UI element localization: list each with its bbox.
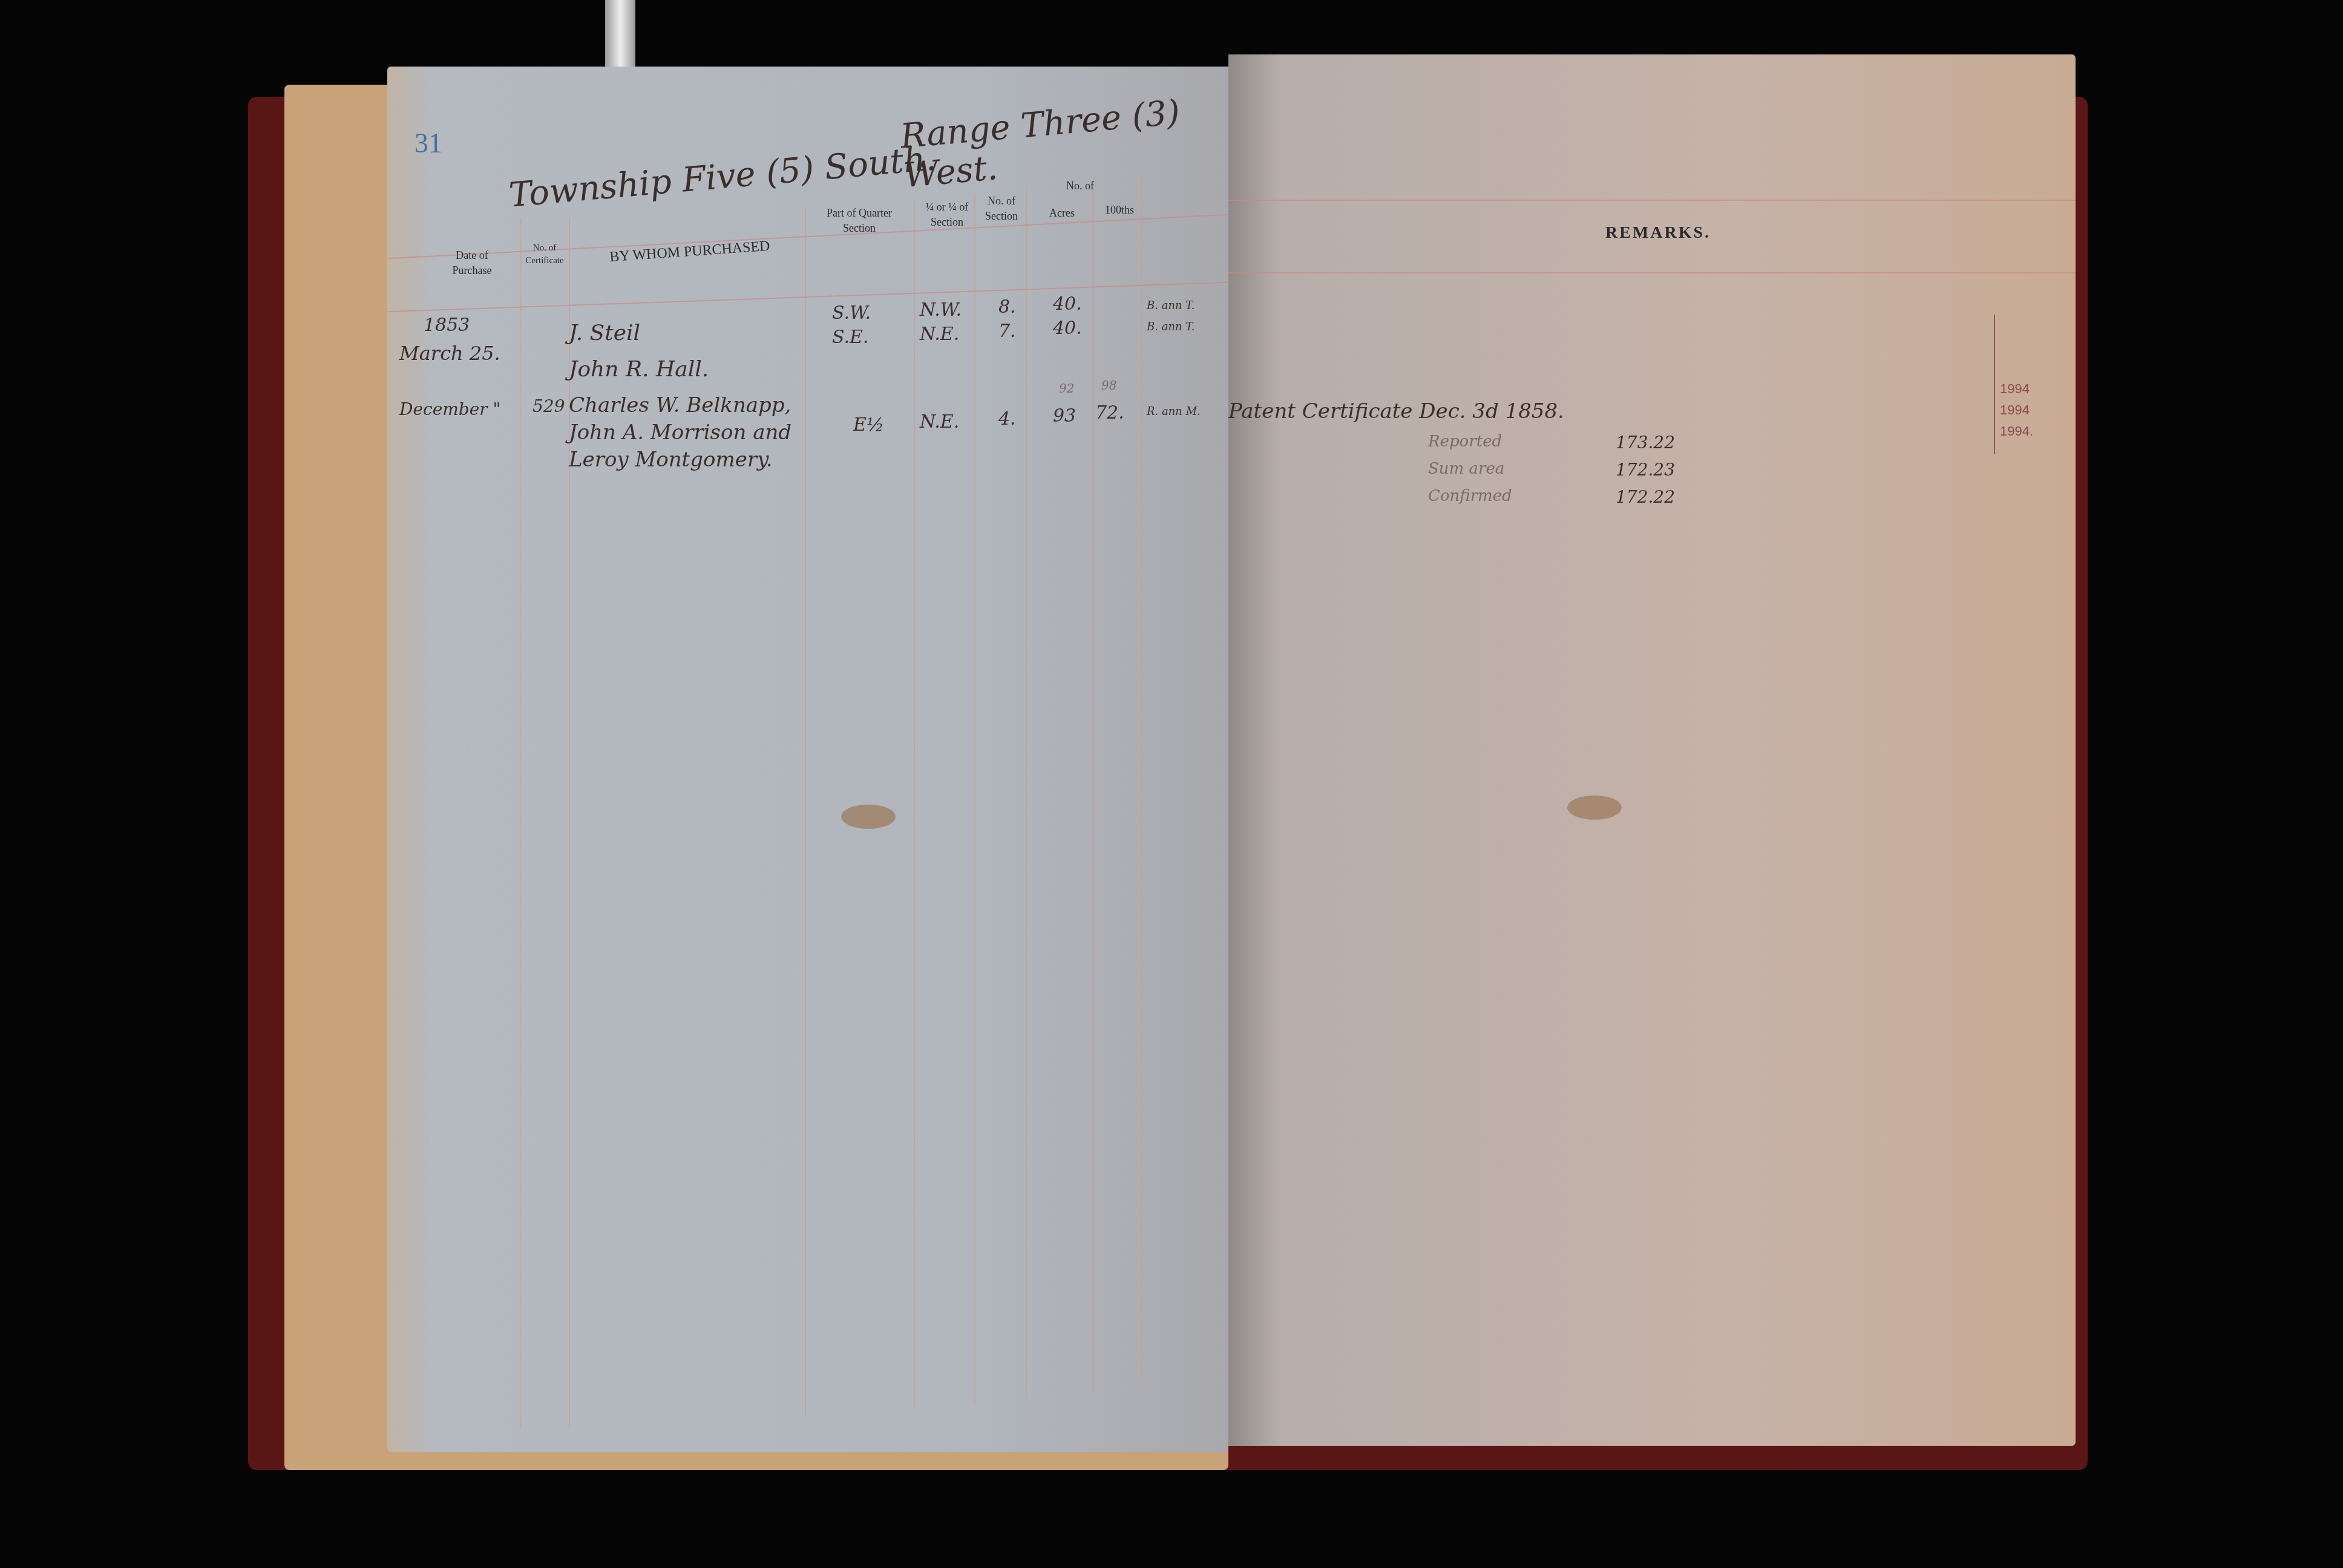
header-certificate: No. of Certificate xyxy=(520,242,569,267)
entry-part: S.W. xyxy=(832,302,871,324)
margin-bracket xyxy=(1994,315,1995,454)
column-divider xyxy=(805,206,806,1416)
remark-value: 172.23 xyxy=(1616,460,1675,480)
township-title: Township Five (5) South. xyxy=(508,139,938,215)
header-section: No. of Section xyxy=(977,194,1026,224)
entry-certificate: 529 xyxy=(532,396,565,416)
entry-purchaser: Leroy Montgomery. xyxy=(569,448,773,472)
column-divider xyxy=(1141,175,1142,1385)
entry-acres: 93 xyxy=(1053,405,1076,426)
paper-stain xyxy=(1567,795,1622,820)
column-divider xyxy=(914,200,915,1410)
entry-purchaser: J. Steil xyxy=(569,321,640,345)
entry-date: December " xyxy=(399,399,500,419)
header-acres-group: No. of xyxy=(1035,178,1126,194)
right-page: REMARKS. Patent Certificate Dec. 3d 1858… xyxy=(1228,54,2076,1446)
column-divider xyxy=(520,218,522,1428)
entry-acres-correction: 92 xyxy=(1059,381,1074,396)
margin-year: 1994 xyxy=(2000,381,2030,397)
entry-quarter: N.E. xyxy=(920,324,959,345)
remark-patent: Patent Certificate Dec. 3d 1858. xyxy=(1228,399,1564,423)
page-number: 31 xyxy=(415,127,442,159)
entry-note: B. ann T. xyxy=(1147,321,1194,333)
entry-quarter: N.W. xyxy=(920,299,962,321)
rule xyxy=(388,214,1228,260)
header-purchaser: BY WHOM PURCHASED xyxy=(580,234,799,270)
remark-label: Confirmed xyxy=(1428,487,1512,505)
rule xyxy=(1228,200,2076,201)
entry-note: B. ann T. xyxy=(1147,299,1194,312)
entry-part: S.E. xyxy=(832,327,868,348)
rule xyxy=(387,282,1228,313)
entry-section: 8. xyxy=(998,296,1016,318)
header-quarter: ¼ or ¼ of Section xyxy=(920,200,974,230)
header-part: Part of Quarter Section xyxy=(811,206,908,236)
rule xyxy=(1228,272,2076,273)
entry-purchaser: Charles W. Belknapp, xyxy=(569,393,791,417)
entry-date: March 25. xyxy=(399,342,500,365)
left-page: 31 Township Five (5) South. Range Three … xyxy=(387,67,1228,1452)
entry-year: 1853 xyxy=(424,315,470,336)
entry-hundredths-correction: 98 xyxy=(1101,378,1116,393)
column-divider xyxy=(974,194,975,1403)
remark-label: Reported xyxy=(1428,433,1502,451)
entry-acres: 40. xyxy=(1053,318,1082,339)
entry-quarter: N.E. xyxy=(920,411,959,433)
margin-year: 1994. xyxy=(2000,423,2033,439)
header-remarks: REMARKS. xyxy=(1567,221,1749,244)
entry-hundredths: 72. xyxy=(1095,402,1124,423)
paper-stain xyxy=(841,805,896,829)
column-divider xyxy=(1026,188,1027,1397)
entry-purchaser: John R. Hall. xyxy=(569,357,709,382)
column-divider xyxy=(1092,181,1093,1391)
entry-note: R. ann M. xyxy=(1147,405,1201,418)
remark-value: 172.22 xyxy=(1616,487,1675,507)
entry-section: 7. xyxy=(998,321,1016,342)
entry-section: 4. xyxy=(998,408,1016,430)
entry-part: E½ xyxy=(853,414,884,436)
remark-value: 173.22 xyxy=(1616,433,1675,452)
entry-purchaser: John A. Morrison and xyxy=(569,420,791,445)
margin-year: 1994 xyxy=(2000,402,2030,418)
header-hundredths: 100ths xyxy=(1095,203,1144,218)
entry-acres: 40. xyxy=(1053,293,1082,315)
remark-label: Sum area xyxy=(1428,460,1504,478)
header-acres: Acres xyxy=(1038,206,1086,221)
header-date: Date of Purchase xyxy=(436,248,508,278)
